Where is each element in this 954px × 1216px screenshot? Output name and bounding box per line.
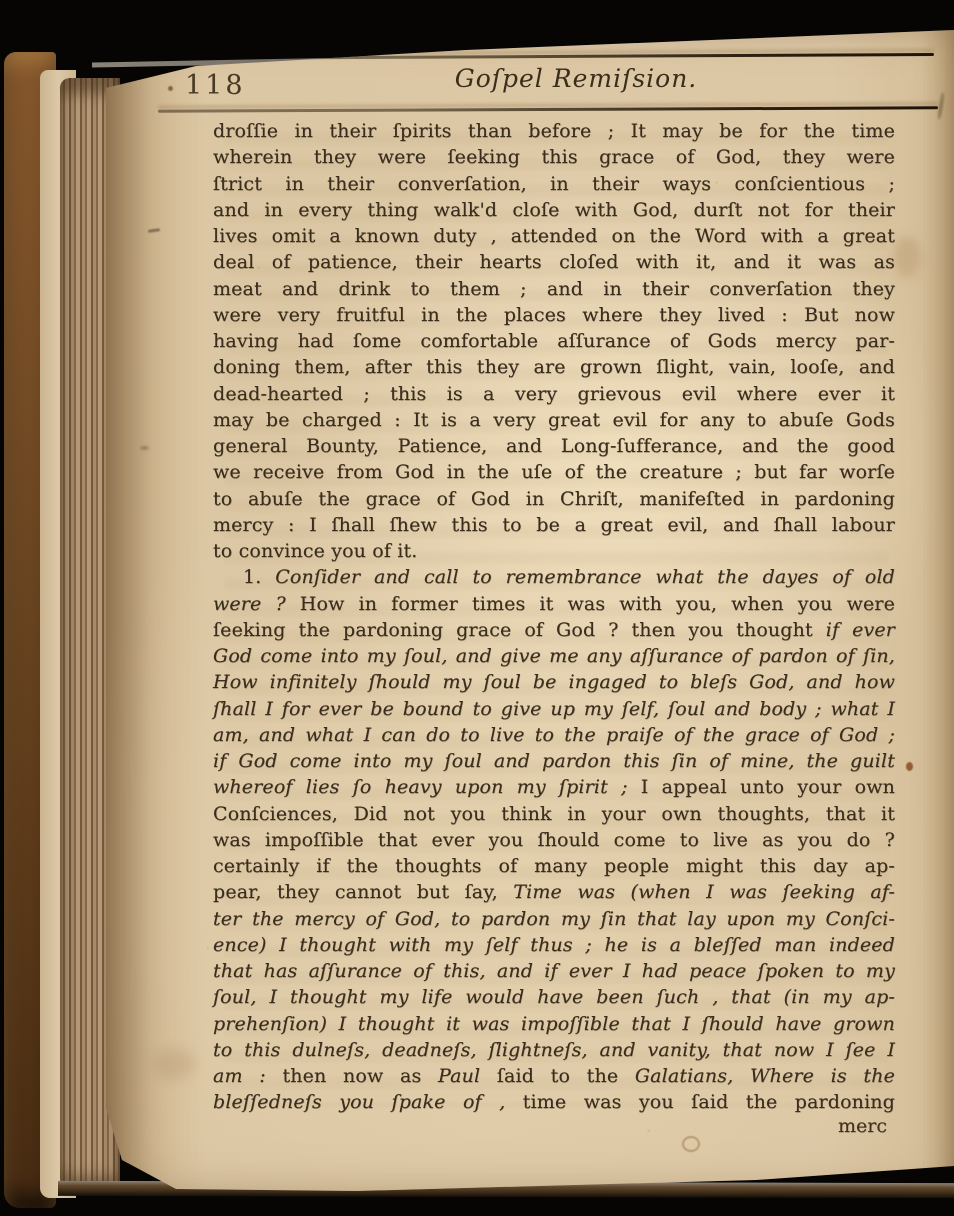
text-line: doning them, after this they are grown ſ… xyxy=(213,354,895,380)
text-line: Conſciences, Did not you think in your o… xyxy=(213,801,895,827)
italic-text-segment: if God come into my ſoul and pardon this… xyxy=(213,750,895,772)
text-block: droſſie in their ſpirits than before ; I… xyxy=(213,118,895,1116)
margin-mark xyxy=(148,228,160,233)
italic-text-segment: ſoul, I thought my life would have been … xyxy=(213,986,895,1008)
italic-text-segment: ter the mercy of God, to pardon my ſin t… xyxy=(213,908,895,930)
roman-text-segment: was impoſſible that ever you ſhould come… xyxy=(213,829,895,851)
roman-text-segment: wherein they were ſeeking this grace of … xyxy=(213,146,895,168)
text-line: ter the mercy of God, to pardon my ſin t… xyxy=(213,906,895,932)
roman-text-segment: deal of patience, their hearts cloſed wi… xyxy=(213,251,895,273)
roman-text-segment: 1. xyxy=(243,566,275,588)
italic-text-segment: to this dulneſs, deadneſs, ſlightneſs, a… xyxy=(213,1039,895,1061)
ink-speck xyxy=(168,86,173,91)
book-scan-photo: 118 Goſpel Remiſsion. droſſie in their ſ… xyxy=(0,0,954,1216)
text-line: deal of patience, their hearts cloſed wi… xyxy=(213,249,895,275)
italic-text-segment: Conſider and call to remembrance what th… xyxy=(275,566,895,588)
italic-text-segment: were ? xyxy=(213,593,300,615)
text-line: was impoſſible that ever you ſhould come… xyxy=(213,827,895,853)
roman-text-segment: we receive from God in the uſe of the cr… xyxy=(213,461,895,483)
roman-text-segment: certainly if the thoughts of many people… xyxy=(213,855,895,877)
italic-text-segment: prehenſion) I thought it was impoſſible … xyxy=(213,1013,895,1035)
text-line: whereof lies ſo heavy upon my ſpirit ; I… xyxy=(213,774,895,800)
roman-text-segment: to convince you of it. xyxy=(213,540,417,562)
roman-text-segment: How in former times it was with you, whe… xyxy=(300,593,895,615)
italic-text-segment: ſhall I for ever be bound to give up my … xyxy=(213,698,895,720)
roman-text-segment: Conſciences, Did not you think in your o… xyxy=(213,803,895,825)
text-line: having had ſome comfortable aſſurance of… xyxy=(213,328,895,354)
italic-text-segment: bleſſedneſs you ſpake of , xyxy=(213,1091,523,1113)
catchword: merc xyxy=(213,1115,895,1137)
ink-ring-mark xyxy=(682,1136,700,1152)
roman-text-segment: I appeal unto your own xyxy=(641,776,895,798)
text-line: God come into my ſoul, and give me any a… xyxy=(213,643,895,669)
roman-text-segment: droſſie in their ſpirits than before ; I… xyxy=(213,120,895,142)
roman-text-segment: doning them, after this they are grown ſ… xyxy=(213,356,895,378)
text-line: ſoul, I thought my life would have been … xyxy=(213,984,895,1010)
text-line: am, and what I can do to live to the pra… xyxy=(213,722,895,748)
text-line: general Bounty, Patience, and Long-ſuffe… xyxy=(213,433,895,459)
text-line: ſtrict in their converſation, in their w… xyxy=(213,171,895,197)
italic-text-segment: whereof lies ſo heavy upon my ſpirit ; xyxy=(213,776,641,798)
roman-text-segment: to abuſe the grace of God in Chriſt, man… xyxy=(213,488,895,510)
italic-text-segment: God come into my ſoul, and give me any a… xyxy=(213,645,895,667)
foxing-stain xyxy=(154,1048,196,1080)
foxing-stain xyxy=(894,236,920,278)
margin-mark xyxy=(140,446,149,450)
italic-text-segment: that has aſſurance of this, and if ever … xyxy=(213,960,895,982)
roman-text-segment: pear, they cannot but ſay, xyxy=(213,881,513,903)
foxing-spot xyxy=(906,762,913,771)
text-line: if God come into my ſoul and pardon this… xyxy=(213,748,895,774)
text-line: How infinitely ſhould my ſoul be ingaged… xyxy=(213,669,895,695)
text-line: am : then now as Paul ſaid to the Galati… xyxy=(213,1063,895,1089)
roman-text-segment: ſeeking the pardoning grace of God ? the… xyxy=(213,619,826,641)
text-line: certainly if the thoughts of many people… xyxy=(213,853,895,879)
text-line: to abuſe the grace of God in Chriſt, man… xyxy=(213,486,895,512)
text-line: mercy : I ſhall ſhew this to be a great … xyxy=(213,512,895,538)
text-line: meat and drink to them ; and in their co… xyxy=(213,276,895,302)
roman-text-segment: ſtrict in their converſation, in their w… xyxy=(213,173,895,195)
roman-text-segment: time was you ſaid the pardoning xyxy=(523,1091,895,1113)
roman-text-segment: dead-hearted ; this is a very grievous e… xyxy=(213,383,895,405)
roman-text-segment: lives omit a known duty , attended on th… xyxy=(213,225,895,247)
text-line: were ? How in former times it was with y… xyxy=(213,591,895,617)
text-line: ſeeking the pardoning grace of God ? the… xyxy=(213,617,895,643)
italic-text-segment: am, and what I can do to live to the pra… xyxy=(213,724,895,746)
roman-text-segment: meat and drink to them ; and in their co… xyxy=(213,278,895,300)
roman-text-segment: may be charged : It is a very great evil… xyxy=(213,409,895,431)
text-line: 1. Conſider and call to remembrance what… xyxy=(213,564,895,590)
text-line: that has aſſurance of this, and if ever … xyxy=(213,958,895,984)
text-line: prehenſion) I thought it was impoſſible … xyxy=(213,1011,895,1037)
italic-text-segment: ence) I thought with my ſelf thus ; he i… xyxy=(213,934,895,956)
roman-text-segment: having had ſome comfortable aſſurance of… xyxy=(213,330,895,352)
text-line: bleſſedneſs you ſpake of , time was you … xyxy=(213,1089,895,1115)
text-line: pear, they cannot but ſay, Time was (whe… xyxy=(213,879,895,905)
text-line: dead-hearted ; this is a very grievous e… xyxy=(213,381,895,407)
roman-text-segment: general Bounty, Patience, and Long-ſuffe… xyxy=(213,435,895,457)
italic-text-segment: Galatians, Where is the xyxy=(635,1065,895,1087)
header-rule-bottom xyxy=(158,106,938,112)
italic-text-segment: Time was (when I was ſeeking af- xyxy=(513,881,895,903)
book-page: 118 Goſpel Remiſsion. droſſie in their ſ… xyxy=(106,0,954,1216)
text-line: ſhall I for ever be bound to give up my … xyxy=(213,696,895,722)
roman-text-segment: mercy : I ſhall ſhew this to be a great … xyxy=(213,514,895,536)
italic-text-segment: if ever xyxy=(826,619,895,641)
italic-text-segment: am : xyxy=(213,1065,282,1087)
running-title: Goſpel Remiſsion. xyxy=(235,64,917,93)
italic-text-segment: How infinitely ſhould my ſoul be ingaged… xyxy=(213,671,895,693)
italic-text-segment: Paul xyxy=(438,1065,497,1087)
roman-text-segment: and in every thing walk'd cloſe with God… xyxy=(213,199,895,221)
text-line: ence) I thought with my ſelf thus ; he i… xyxy=(213,932,895,958)
roman-text-segment: ſaid to the xyxy=(497,1065,635,1087)
text-line: wherein they were ſeeking this grace of … xyxy=(213,144,895,170)
text-line: lives omit a known duty , attended on th… xyxy=(213,223,895,249)
roman-text-segment: were very fruitful in the places where t… xyxy=(213,304,895,326)
page-header: 118 Goſpel Remiſsion. xyxy=(213,64,895,106)
text-line: droſſie in their ſpirits than before ; I… xyxy=(213,118,895,144)
text-line: to this dulneſs, deadneſs, ſlightneſs, a… xyxy=(213,1037,895,1063)
text-line: may be charged : It is a very great evil… xyxy=(213,407,895,433)
text-line: we receive from God in the uſe of the cr… xyxy=(213,459,895,485)
roman-text-segment: then now as xyxy=(282,1065,438,1087)
text-line: were very fruitful in the places where t… xyxy=(213,302,895,328)
margin-mark xyxy=(937,92,945,120)
text-line: and in every thing walk'd cloſe with God… xyxy=(213,197,895,223)
text-line: to convince you of it. xyxy=(213,538,895,564)
